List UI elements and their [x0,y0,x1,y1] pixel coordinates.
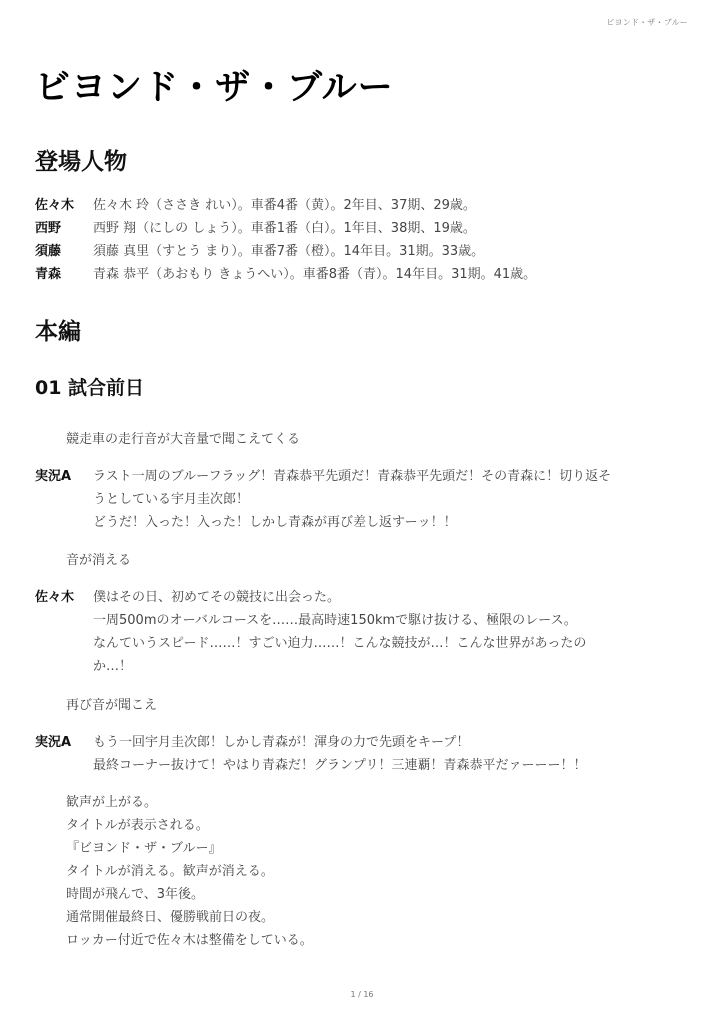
dialogue-line: か…！ [93,655,685,678]
dialogue-line: ラスト一周のブルーフラッグ！青森恭平先頭だ！青森恭平先頭だ！その青森に！切り返そ [93,465,685,488]
dialogue-line: なんていうスピード……！すごい迫力……！こんな競技が…！こんな世界があったの [93,632,685,655]
scene-heading: 01 試合前日 [35,373,144,400]
page-title: ビヨンド・ザ・ブルー [35,60,394,110]
character-desc: 西野 翔（にしの しょう）。車番1番（白）。1年目、38期、19歳。 [93,217,685,240]
dialogue-text: もう一回宇月圭次郎！しかし青森が！渾身の力で先頭をキープ！ 最終コーナー抜けて！… [93,731,685,777]
dialogue-line: 一周500mのオーバルコースを……最高時速150kmで駆け抜ける、極限のレース。 [93,609,685,632]
stage-direction: ロッカー付近で佐々木は整備をしている。 [66,929,313,952]
character-desc: 青森 恭平（あおもり きょうへい）。車番8番（青）。14年目。31期。41歳。 [93,263,685,286]
stage-direction: 通常開催最終日、優勝戦前日の夜。 [66,906,313,929]
stage-direction: タイトルが消える。歓声が消える。 [66,860,313,883]
character-row: 須藤 須藤 真里（すとう まり）。車番7番（橙）。14年目。31期。33歳。 [35,240,685,263]
character-list: 佐々木 佐々木 玲（ささき れい）。車番4番（黄）。2年目、37期、29歳。 西… [35,194,685,286]
stage-direction: 音が消える [66,549,131,572]
dialogue-row: 実況A ラスト一周のブルーフラッグ！青森恭平先頭だ！青森恭平先頭だ！その青森に！… [35,465,685,534]
character-name: 佐々木 [35,194,93,217]
dialogue-line: もう一回宇月圭次郎！しかし青森が！渾身の力で先頭をキープ！ [93,731,685,754]
character-name: 青森 [35,263,93,286]
stage-direction: 歓声が上がる。 [66,791,313,814]
speaker-label: 実況A [35,465,93,534]
speaker-label: 佐々木 [35,586,93,678]
dialogue-block: 実況A ラスト一周のブルーフラッグ！青森恭平先頭だ！青森恭平先頭だ！その青森に！… [35,465,685,534]
main-heading: 本編 [35,313,81,346]
character-row: 西野 西野 翔（にしの しょう）。車番1番（白）。1年目、38期、19歳。 [35,217,685,240]
stage-direction: タイトルが表示される。 [66,814,313,837]
dialogue-row: 佐々木 僕はその日、初めてその競技に出会った。 一周500mのオーバルコースを…… [35,586,685,678]
dialogue-row: 実況A もう一回宇月圭次郎！しかし青森が！渾身の力で先頭をキープ！ 最終コーナー… [35,731,685,777]
dialogue-line: どうだ！入った！入った！しかし青森が再び差し返すーッ！！ [93,511,685,534]
stage-direction: 再び音が聞こえ [66,694,157,717]
character-name: 須藤 [35,240,93,263]
dialogue-block: 実況A もう一回宇月圭次郎！しかし青森が！渾身の力で先頭をキープ！ 最終コーナー… [35,731,685,777]
stage-direction-block: 歓声が上がる。 タイトルが表示される。 『ビヨンド・ザ・ブルー』 タイトルが消え… [66,791,313,952]
dialogue-line: 僕はその日、初めてその競技に出会った。 [93,586,685,609]
characters-heading: 登場人物 [35,143,127,176]
character-row: 佐々木 佐々木 玲（ささき れい）。車番4番（黄）。2年目、37期、29歳。 [35,194,685,217]
page-indicator: 1 / 16 [0,990,724,999]
character-desc: 佐々木 玲（ささき れい）。車番4番（黄）。2年目、37期、29歳。 [93,194,685,217]
character-desc: 須藤 真里（すとう まり）。車番7番（橙）。14年目。31期。33歳。 [93,240,685,263]
stage-direction: 競走車の走行音が大音量で聞こえてくる [66,428,300,451]
dialogue-line: 最終コーナー抜けて！やはり青森だ！グランプリ！三連覇！青森恭平だァーーー！！ [93,754,685,777]
dialogue-line: うとしている宇月圭次郎！ [93,488,685,511]
stage-direction: 時間が飛んで、3年後。 [66,883,313,906]
dialogue-text: ラスト一周のブルーフラッグ！青森恭平先頭だ！青森恭平先頭だ！その青森に！切り返そ… [93,465,685,534]
dialogue-text: 僕はその日、初めてその競技に出会った。 一周500mのオーバルコースを……最高時… [93,586,685,678]
dialogue-block: 佐々木 僕はその日、初めてその競技に出会った。 一周500mのオーバルコースを…… [35,586,685,678]
character-row: 青森 青森 恭平（あおもり きょうへい）。車番8番（青）。14年目。31期。41… [35,263,685,286]
stage-direction: 『ビヨンド・ザ・ブルー』 [66,837,313,860]
speaker-label: 実況A [35,731,93,777]
character-name: 西野 [35,217,93,240]
running-header: ビヨンド・ザ・ブルー [606,17,688,28]
